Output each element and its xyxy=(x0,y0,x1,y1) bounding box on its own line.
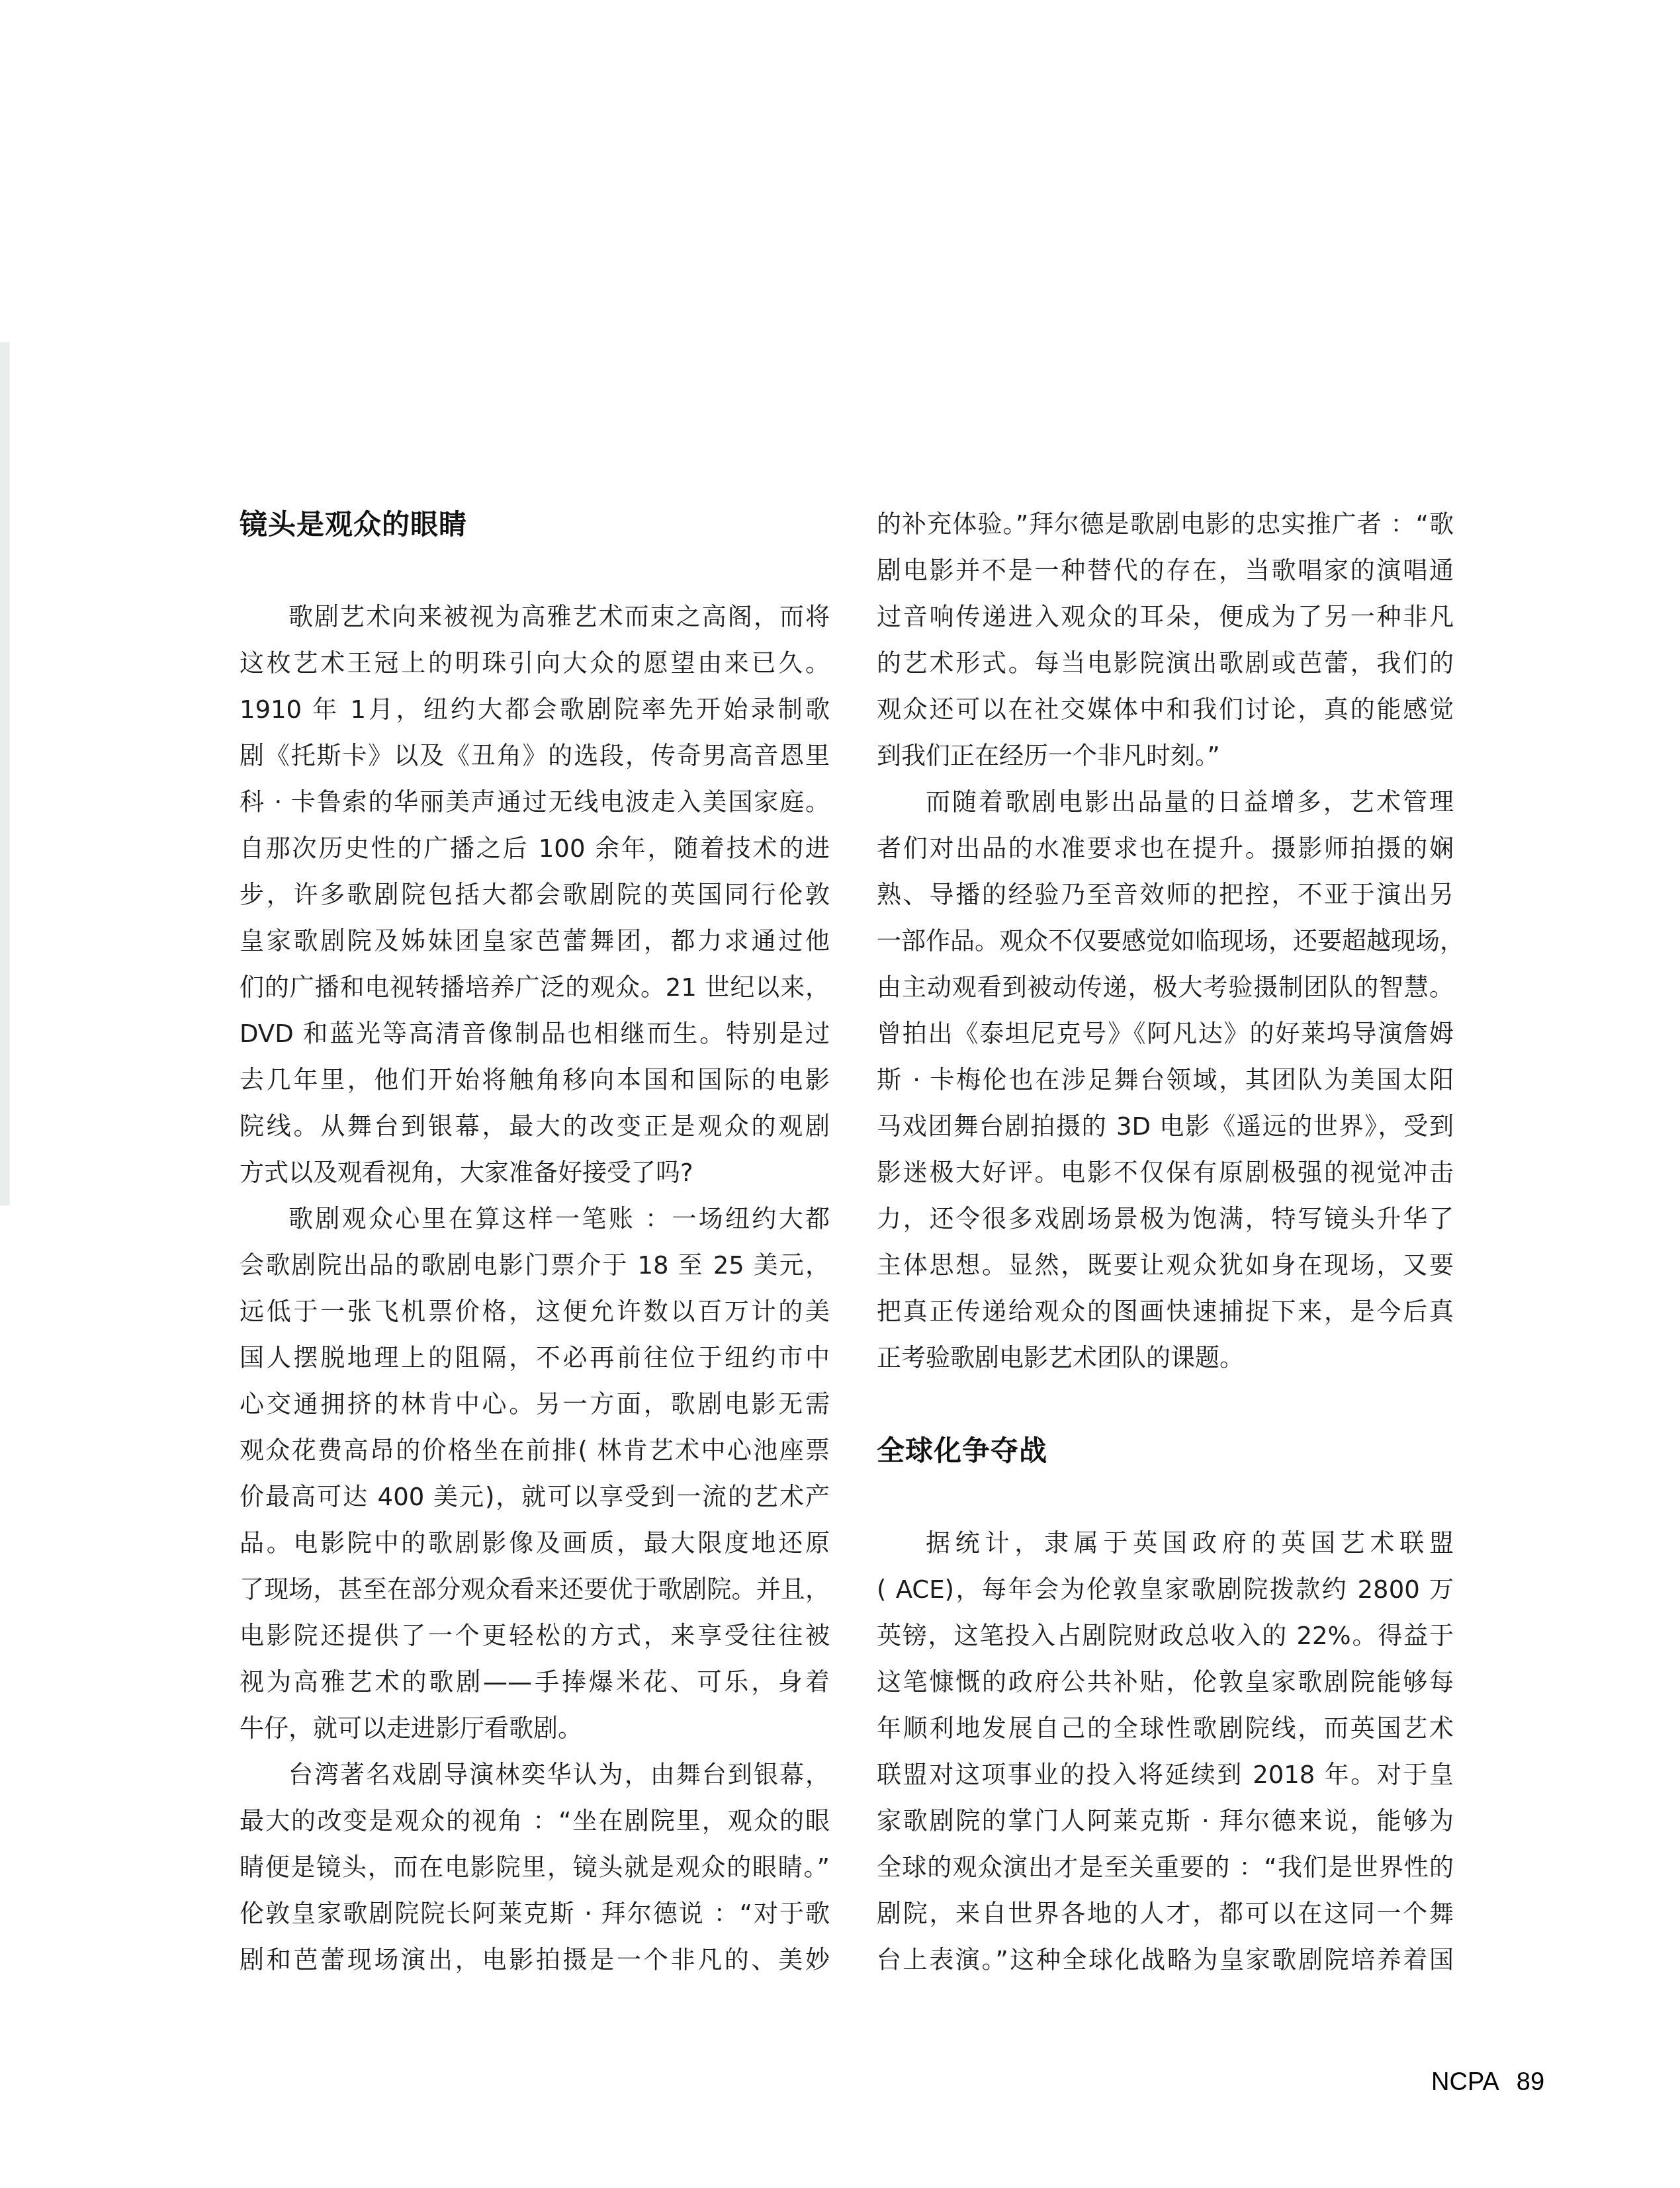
section-heading-camera-is-the-eye: 镜头是观众的眼睛 xyxy=(240,502,830,548)
text-line: 熟、导播的经验乃至音效师的把控，不亚于演出另 xyxy=(877,872,1454,918)
text-line: DVD 和蓝光等高清音像制品也相继而生。特别是过 xyxy=(240,1011,830,1057)
heading-gap xyxy=(240,548,830,594)
heading-gap xyxy=(877,1474,1454,1520)
text-line: 品。电影院中的歌剧影像及画质，最大限度地还原 xyxy=(240,1520,830,1567)
left-column: 镜头是观众的眼睛 歌剧艺术向来被视为高雅艺术而束之高阁，而将 这枚艺术王冠上的明… xyxy=(240,502,830,1984)
text-line: 剧院，来自世界各地的人才，都可以在这同一个舞 xyxy=(877,1891,1454,1937)
text-line: 过音响传递进入观众的耳朵，便成为了另一种非凡 xyxy=(877,594,1454,640)
text-line: 剧电影并不是一种替代的存在，当歌唱家的演唱通 xyxy=(877,548,1454,594)
text-line: 院线。从舞台到银幕，最大的改变正是观众的观剧 xyxy=(240,1104,830,1150)
text-line: 歌剧艺术向来被视为高雅艺术而束之高阁，而将 xyxy=(240,594,830,640)
text-line: 这枚艺术王冠上的明珠引向大众的愿望由来已久。 xyxy=(240,640,830,687)
text-line: 据统计，隶属于英国政府的英国艺术联盟 xyxy=(877,1520,1454,1567)
text-line: 到我们正在经历一个非凡时刻。” xyxy=(877,733,1454,779)
text-line: 会歌剧院出品的歌剧电影门票介于 18 至 25 美元， xyxy=(240,1243,830,1289)
text-line: 力，还令很多戏剧场景极为饱满，特写镜头升华了 xyxy=(877,1196,1454,1243)
text-line: 而随着歌剧电影出品量的日益增多，艺术管理 xyxy=(877,779,1454,826)
text-line: 观众还可以在社交媒体中和我们讨论，真的能感觉 xyxy=(877,687,1454,733)
text-line: 正考验歌剧电影艺术团队的课题。 xyxy=(877,1335,1454,1381)
paragraph-continuation: 的补充体验。”拜尔德是歌剧电影的忠实推广者 ：“歌 剧电影并不是一种替代的存在，… xyxy=(877,502,1454,779)
text-line: 马戏团舞台剧拍摄的 3D 电影《遥远的世界》，受到 xyxy=(877,1104,1454,1150)
text-line: 最大的改变是观众的视角 ：“坐在剧院里，观众的眼 xyxy=(240,1798,830,1845)
text-line: 皇家歌剧院及姊妹团皇家芭蕾舞团，都力求通过他 xyxy=(240,918,830,965)
section-gap xyxy=(877,1381,1454,1428)
text-line: 了现场，甚至在部分观众看来还要优于歌剧院。并且， xyxy=(240,1567,830,1613)
paragraph: 歌剧观众心里在算这样一笔账 ：一场纽约大都 会歌剧院出品的歌剧电影门票介于 18… xyxy=(240,1196,830,1752)
text-line: 远低于一张飞机票价格，这便允许数以百万计的美 xyxy=(240,1289,830,1335)
text-line: 自那次历史性的广播之后 100 余年，随着技术的进 xyxy=(240,826,830,872)
text-line: 歌剧观众心里在算这样一笔账 ：一场纽约大都 xyxy=(240,1196,830,1243)
text-line: 的艺术形式。每当电影院演出歌剧或芭蕾，我们的 xyxy=(877,640,1454,687)
text-line: 把真正传递给观众的图画快速捕捉下来，是今后真 xyxy=(877,1289,1454,1335)
text-line: 国人摆脱地理上的阻隔，不必再前往位于纽约市中 xyxy=(240,1335,830,1381)
page-footer: NCPA89 xyxy=(1431,2068,1544,2097)
text-line: 由主动观看到被动传递，极大考验摄制团队的智慧。 xyxy=(877,965,1454,1011)
text-line: 视为高雅艺术的歌剧——手捧爆米花、可乐，身着 xyxy=(240,1659,830,1706)
text-line: 方式以及观看视角，大家准备好接受了吗? xyxy=(240,1150,830,1196)
text-line: 台湾著名戏剧导演林奕华认为，由舞台到银幕， xyxy=(240,1752,830,1798)
text-line: 斯 · 卡梅伦也在涉足舞台领域，其团队为美国太阳 xyxy=(877,1057,1454,1104)
text-line: 们的广播和电视转播培养广泛的观众。21 世纪以来， xyxy=(240,965,830,1011)
text-line: 英镑，这笔投入占剧院财政总收入的 22%。得益于 xyxy=(877,1613,1454,1659)
text-line: 剧和芭蕾现场演出，电影拍摄是一个非凡的、美妙 xyxy=(240,1937,830,1984)
paragraph: 台湾著名戏剧导演林奕华认为，由舞台到银幕， 最大的改变是观众的视角 ：“坐在剧院… xyxy=(240,1752,830,1984)
text-line: 睛便是镜头，而在电影院里，镜头就是观众的眼睛。” xyxy=(240,1845,830,1891)
text-line: 电影院还提供了一个更轻松的方式，来享受往往被 xyxy=(240,1613,830,1659)
text-line: 年顺利地发展自己的全球性歌剧院线，而英国艺术 xyxy=(877,1706,1454,1752)
paragraph: 歌剧艺术向来被视为高雅艺术而束之高阁，而将 这枚艺术王冠上的明珠引向大众的愿望由… xyxy=(240,594,830,1196)
text-line: 联盟对这项事业的投入将延续到 2018 年。对于皇 xyxy=(877,1752,1454,1798)
text-line: 1910 年 1月，纽约大都会歌剧院率先开始录制歌 xyxy=(240,687,830,733)
page-number: 89 xyxy=(1517,2068,1544,2096)
text-line: 去几年里，他们开始将触角移向本国和国际的电影 xyxy=(240,1057,830,1104)
adjacent-page-edge xyxy=(0,342,10,1205)
text-line: 科 · 卡鲁索的华丽美声通过无线电波走入美国家庭。 xyxy=(240,779,830,826)
text-line: ( ACE)，每年会为伦敦皇家歌剧院拨款约 2800 万 xyxy=(877,1567,1454,1613)
text-line: 价最高可达 400 美元)，就可以享受到一流的艺术产 xyxy=(240,1474,830,1520)
text-line: 全球的观众演出才是至关重要的 ：“我们是世界性的 xyxy=(877,1845,1454,1891)
right-column: 的补充体验。”拜尔德是歌剧电影的忠实推广者 ：“歌 剧电影并不是一种替代的存在，… xyxy=(877,502,1454,1984)
text-line: 主体思想。显然，既要让观众犹如身在现场，又要 xyxy=(877,1243,1454,1289)
text-line: 这笔慷慨的政府公共补贴，伦敦皇家歌剧院能够每 xyxy=(877,1659,1454,1706)
text-line: 伦敦皇家歌剧院院长阿莱克斯 · 拜尔德说 ：“对于歌 xyxy=(240,1891,830,1937)
text-line: 一部作品。观众不仅要感觉如临现场，还要超越现场， xyxy=(877,918,1454,965)
text-line: 牛仔，就可以走进影厅看歌剧。 xyxy=(240,1706,830,1752)
publication-name: NCPA xyxy=(1431,2068,1499,2096)
text-line: 影迷极大好评。电影不仅保有原剧极强的视觉冲击 xyxy=(877,1150,1454,1196)
paragraph: 而随着歌剧电影出品量的日益增多，艺术管理 者们对出品的水准要求也在提升。摄影师拍… xyxy=(877,779,1454,1381)
text-line: 曾拍出《泰坦尼克号》《阿凡达》的好莱坞导演詹姆 xyxy=(877,1011,1454,1057)
section-heading-globalization: 全球化争夺战 xyxy=(877,1428,1454,1474)
text-line: 观众花费高昂的价格坐在前排( 林肯艺术中心池座票 xyxy=(240,1428,830,1474)
text-line: 台上表演。”这种全球化战略为皇家歌剧院培养着国 xyxy=(877,1937,1454,1984)
text-line: 剧《托斯卡》以及《丑角》的选段，传奇男高音恩里 xyxy=(240,733,830,779)
text-line: 心交通拥挤的林肯中心。另一方面，歌剧电影无需 xyxy=(240,1381,830,1428)
text-line: 家歌剧院的掌门人阿莱克斯 · 拜尔德来说，能够为 xyxy=(877,1798,1454,1845)
text-line: 步，许多歌剧院包括大都会歌剧院的英国同行伦敦 xyxy=(240,872,830,918)
text-line: 的补充体验。”拜尔德是歌剧电影的忠实推广者 ：“歌 xyxy=(877,502,1454,548)
paragraph: 据统计，隶属于英国政府的英国艺术联盟 ( ACE)，每年会为伦敦皇家歌剧院拨款约… xyxy=(877,1520,1454,1984)
text-line: 者们对出品的水准要求也在提升。摄影师拍摄的娴 xyxy=(877,826,1454,872)
